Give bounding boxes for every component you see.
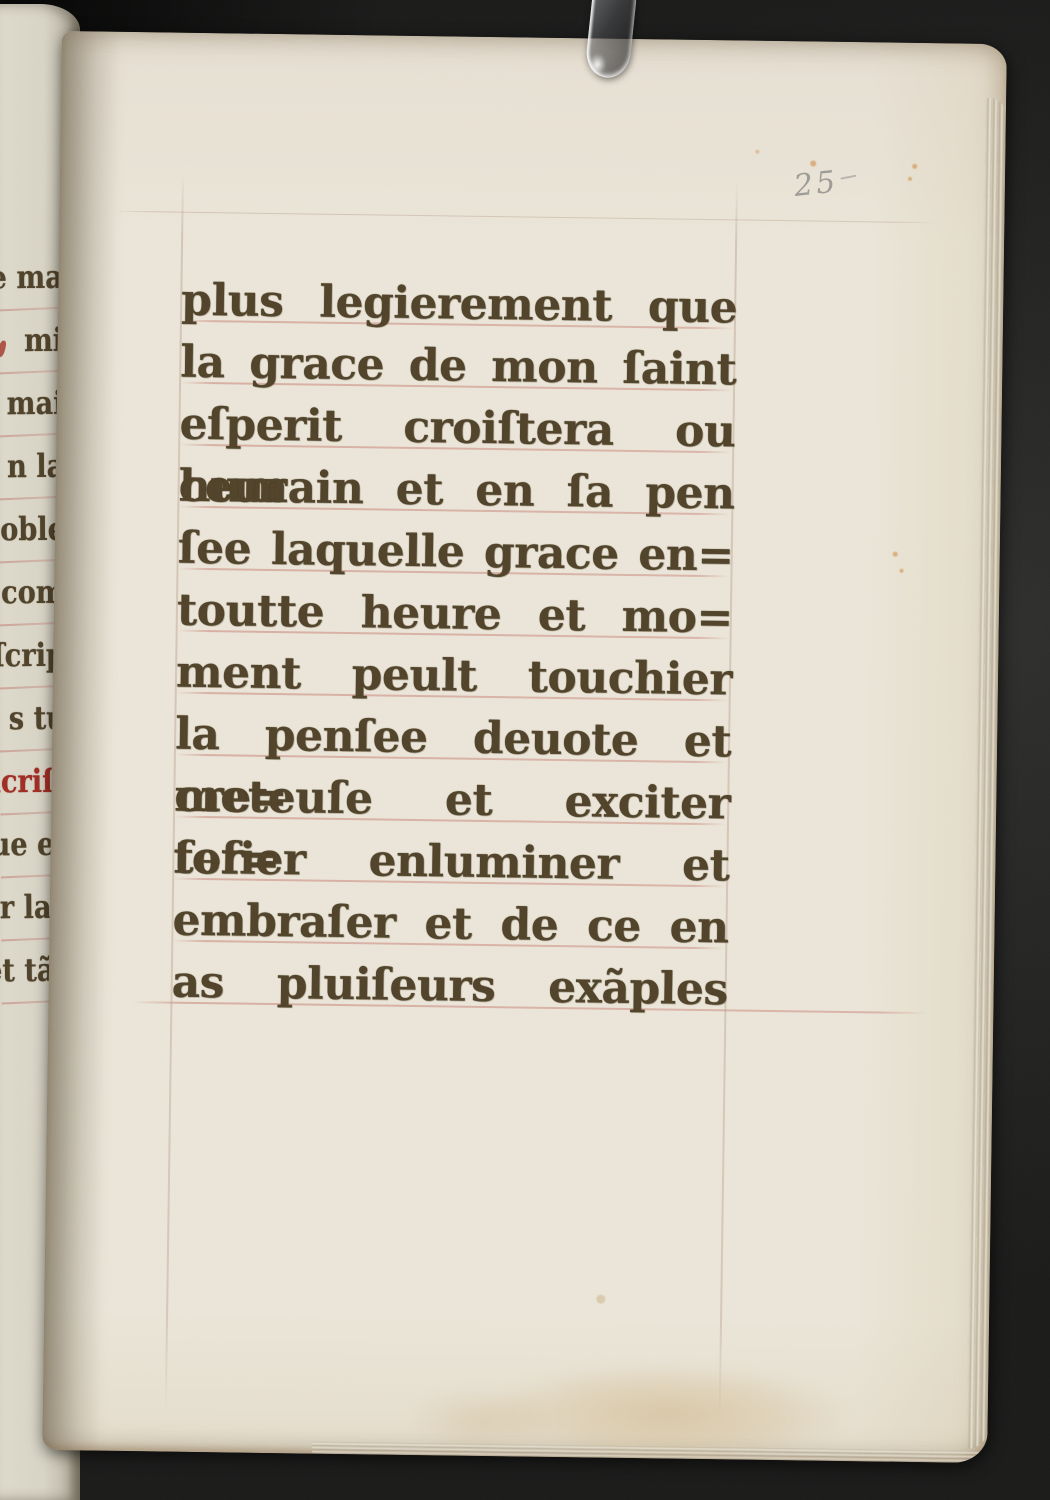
folio-number: 25 xyxy=(792,162,859,204)
manuscript-text-line: ſee laquelle grace en= xyxy=(177,518,734,588)
manuscript-text-line: humain et en ſa pen xyxy=(178,456,735,526)
facing-text-fragment: e ma xyxy=(0,254,63,301)
parchment-speck xyxy=(893,552,898,557)
facing-text-fragment: s mai xyxy=(0,380,64,427)
parchment-speck xyxy=(596,1295,605,1304)
manuscript-text-line: plus legierement que xyxy=(181,270,738,340)
page-holder-tip-highlight xyxy=(587,53,607,77)
manuscript-text-line: toutte heure et mo= xyxy=(176,580,733,650)
manuscript-text-line: meteuſe et exciter for= xyxy=(174,766,731,836)
parchment-speck xyxy=(755,150,759,154)
parchment-speck xyxy=(908,177,912,181)
parchment-speck xyxy=(912,164,917,169)
manuscript-text-line: la penſee deuote et cre= xyxy=(175,704,732,774)
ruling-line xyxy=(0,370,65,375)
page-edge-stack-right xyxy=(967,98,1006,1449)
ruling-line xyxy=(0,307,65,312)
text-block: plus legierement quela grace de mon ſain… xyxy=(62,31,1007,44)
ruling-line-top xyxy=(112,211,938,224)
manuscript-photo: { "document": { "type": "medieval manusc… xyxy=(0,0,1050,1500)
manuscript-text-line: eſperit croiſtera ou ceur xyxy=(179,394,736,464)
manuscript-text-line: ment peult touchier xyxy=(176,642,733,712)
manuscript-text-line: embraſer et de ce en xyxy=(172,890,729,960)
manuscript-text-line: as pluiſeurs exãples xyxy=(171,952,728,1022)
parchment-speck xyxy=(810,160,816,166)
manuscript-text-line: tefier enluminer et xyxy=(173,828,730,898)
parchment-speck xyxy=(900,569,904,573)
manuscript-page: plus legierement quela grace de mon ſain… xyxy=(42,31,1007,1463)
manuscript-text-line: la grace de mon ſaint xyxy=(180,332,737,402)
red-ink-mark xyxy=(0,340,7,358)
